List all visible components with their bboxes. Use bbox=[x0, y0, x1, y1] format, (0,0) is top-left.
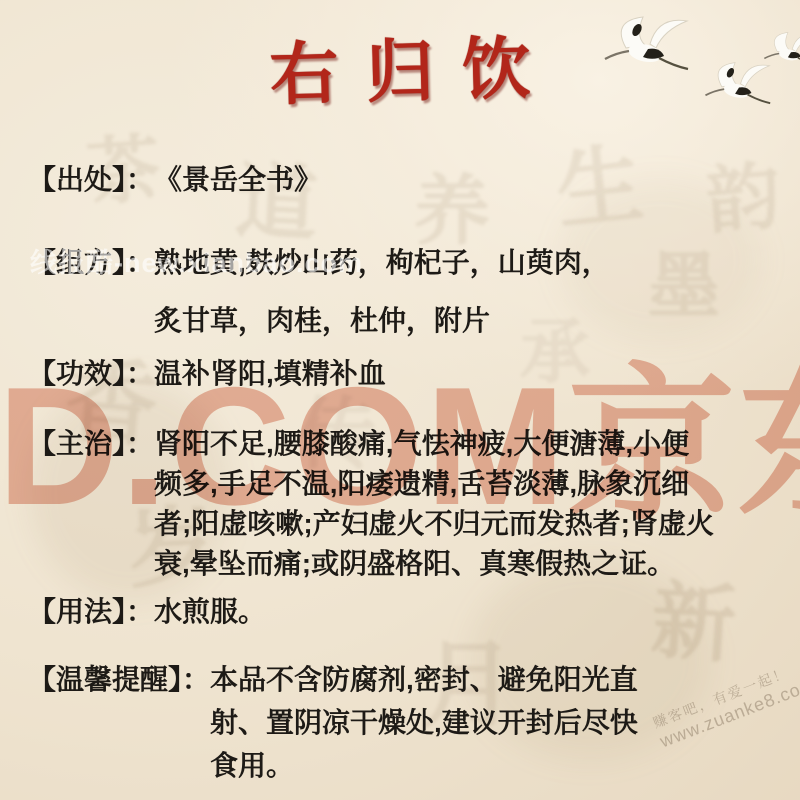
section-label: 【出处】： bbox=[28, 160, 154, 200]
section-text-line: 水煎服。 bbox=[154, 592, 266, 632]
section-content: 肾阳不足,腰膝酸痛,气怯神疲,大便溏薄,小便 频多,手足不温,阳痿遗精,舌苔淡薄… bbox=[154, 424, 714, 584]
section-label: 【组方】： bbox=[28, 234, 154, 292]
formula-details: 【出处】： 《景岳全书》 【组方】： 熟地黄,麸炒山药，枸杞子，山萸肉， 炙甘草… bbox=[28, 160, 792, 787]
section-label: 【用法】： bbox=[28, 592, 154, 632]
section-text-line: 《景岳全书》 bbox=[154, 160, 322, 200]
section-effect: 【功效】： 温补肾阳,填精补血 bbox=[28, 354, 792, 394]
section-source: 【出处】： 《景岳全书》 bbox=[28, 160, 792, 200]
crane-icon bbox=[598, 14, 698, 80]
section-text-line: 肾阳不足,腰膝酸痛,气怯神疲,大便溏薄,小便 bbox=[154, 424, 714, 464]
section-text-line: 温补肾阳,填精补血 bbox=[154, 354, 386, 394]
section-label: 【功效】： bbox=[28, 354, 154, 394]
section-reminder: 【温馨提醒】： 本品不含防腐剂,密封、避免阳光直 射、置阴凉干燥处,建议开封后尽… bbox=[28, 658, 792, 787]
section-content: 水煎服。 bbox=[154, 592, 266, 632]
section-content: 熟地黄,麸炒山药，枸杞子，山萸肉， 炙甘草，肉桂，杜仲，附片 bbox=[154, 234, 610, 350]
section-text-line: 者;阳虚咳嗽;产妇虚火不归元而发热者;肾虚火 bbox=[154, 504, 714, 544]
section-content: 温补肾阳,填精补血 bbox=[154, 354, 386, 394]
section-text-line: 食用。 bbox=[210, 744, 638, 787]
herbal-formula-poster: 茶 道 养 生 墨 香 传 承 岁 月 新 韵 JD.COM京东 右归饮 bbox=[0, 0, 800, 800]
section-text-line: 频多,手足不温,阳痿遗精,舌苔淡薄,脉象沉细 bbox=[154, 464, 714, 504]
section-indications: 【主治】： 肾阳不足,腰膝酸痛,气怯神疲,大便溏薄,小便 频多,手足不温,阳痿遗… bbox=[28, 424, 792, 584]
section-text-line: 熟地黄,麸炒山药，枸杞子，山萸肉， bbox=[154, 234, 610, 292]
section-text-line: 射、置阴凉干燥处,建议开封后尽快 bbox=[210, 701, 638, 744]
section-content: 《景岳全书》 bbox=[154, 160, 322, 200]
crane-icon bbox=[760, 30, 800, 72]
section-content: 本品不含防腐剂,密封、避免阳光直 射、置阴凉干燥处,建议开封后尽快 食用。 bbox=[210, 658, 638, 787]
section-label: 【主治】： bbox=[28, 424, 154, 464]
section-text-line: 炙甘草，肉桂，杜仲，附片 bbox=[154, 292, 610, 350]
section-text-line: 本品不含防腐剂,密封、避免阳光直 bbox=[210, 658, 638, 701]
section-label: 【温馨提醒】： bbox=[28, 658, 210, 701]
section-text-line: 衰,晕坠而痛;或阴盛格阳、真寒假热之证。 bbox=[154, 544, 714, 584]
section-usage: 【用法】： 水煎服。 bbox=[28, 592, 792, 632]
section-composition: 【组方】： 熟地黄,麸炒山药，枸杞子，山萸肉， 炙甘草，肉桂，杜仲，附片 bbox=[28, 234, 792, 350]
